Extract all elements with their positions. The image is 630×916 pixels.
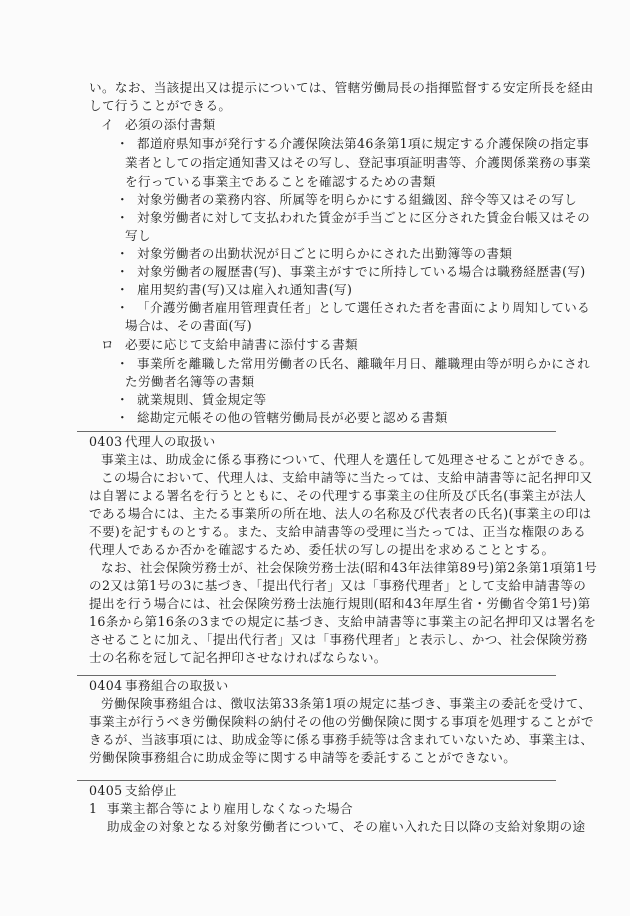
optional-doc-item-cont: た労働者名簿等の書類	[125, 373, 254, 391]
section-paragraph-line: 士の名称を冠して記名押印させなければならない。	[89, 649, 387, 667]
required-doc-item: 対象労働者に対して支払われた賃金が手当ごとに区分された賃金台帳又はその	[137, 209, 590, 227]
section-number: 0403	[89, 433, 122, 451]
bullet-icon: ・	[116, 355, 129, 373]
section-paragraph-line: 16条から第16条の3までの規定に基づき、支給申請書等に事業主の記名押印又は署名…	[89, 613, 596, 631]
section-paragraph-line: 労働保険事務組合は、徴収法第33条第1項の規定に基づき、事業主の委託を受けて、	[101, 695, 591, 713]
section-paragraph-line: 代理人であるか否かを確認するため、委任状の写しの提出を求めることとする。	[89, 541, 554, 559]
bullet-icon: ・	[116, 409, 129, 427]
bullet-icon: ・	[116, 263, 129, 281]
required-doc-item-cont: 場合は、その書面(写)	[125, 317, 252, 335]
intro-line: い。なお、当該提出又は提示については、管轄労働局長の指揮監督する安定所長を経由	[89, 79, 594, 97]
section-divider	[77, 675, 556, 676]
section-paragraph-line: 助成金の対象となる対象労働者について、その雇い入れた日以降の支給対象期の途	[107, 818, 585, 836]
section-divider	[77, 780, 556, 781]
required-doc-item: 対象労働者の業務内容、所属等を明らかにする組織図、辞令等又はその写し	[137, 191, 577, 209]
section-paragraph-line: は自署による署名を行うとともに、その代理する事業主の住所及び氏名(事業主が法人	[89, 487, 586, 505]
list-marker-i: イ	[101, 116, 114, 134]
required-doc-item-cont: を行っている事業主であることを確認するための書類	[125, 173, 436, 191]
bullet-icon: ・	[116, 135, 129, 153]
subsection-marker: 1	[89, 800, 97, 818]
section-paragraph-line: の2又は第1号の3に基づき、「提出代行者」又は「事務代理者」として支給申請書等の	[89, 577, 586, 595]
section-paragraph-line: この場合において、代理人は、支給申請等に当たっては、支給申請書等に記名押印又	[101, 469, 593, 487]
section-paragraph-line: である場合には、主たる事業所の所在地、法人の名称及び代表者の氏名)(事業主の印は	[89, 505, 591, 523]
section-number: 0404	[89, 677, 122, 695]
required-doc-item: 都道府県知事が発行する介護保険法第46条第1項に規定する介護保険の指定事	[137, 135, 589, 153]
intro-line: して行うことができる。	[89, 97, 231, 115]
section-paragraph-line: 事業主が行うべき労働保険料の納付その他の労働保険に関する事項を処理することがで	[89, 713, 594, 731]
section-paragraph-line: 労働保険事務組合に助成金等に関する申請等を委託することができない。	[89, 749, 516, 767]
section-paragraph-line: 不要)を記すものとする。また、支給申請書等の受理に当たっては、正当な権限のある	[89, 523, 586, 541]
required-doc-item: 「介護労働者雇用管理責任者」として選任された者を書面により周知している	[137, 299, 590, 317]
required-doc-item: 対象労働者の出勤状況が日ごとに明らかにされた出勤簿等の書類	[137, 245, 512, 263]
section-paragraph-line: 事業主は、助成金に係る事務について、代理人を選任して処理させることができる。	[101, 451, 592, 469]
bullet-icon: ・	[116, 209, 129, 227]
subsection-title: 事業主都合等により雇用しなくなった場合	[107, 800, 353, 818]
bullet-icon: ・	[116, 299, 129, 317]
required-doc-item-cont: 業者としての指定通知書又はその写し、登記事項証明書等、介護関係業務の事業	[125, 154, 591, 172]
section-number: 0405	[89, 782, 122, 800]
section-title: 代理人の取扱い	[125, 433, 216, 451]
optional-doc-item: 就業規則、賃金規定等	[137, 391, 266, 409]
section-paragraph-line: なお、社会保険労務士が、社会保険労務士法(昭和43年法律第89号)第2条第1項第…	[101, 559, 597, 577]
list-marker-ro: ロ	[101, 336, 114, 354]
optional-doc-item: 総勘定元帳その他の管轄労働局長が必要と認める書類	[137, 409, 448, 427]
section-title: 支給停止	[125, 782, 177, 800]
section-title: 事務組合の取扱い	[125, 677, 229, 695]
section-paragraph-line: 提出を行う場合には、社会保険労務士法施行規則(昭和43年厚生省・労働省令第1号)…	[89, 595, 591, 613]
required-doc-item: 対象労働者の履歴書(写)、事業主がすでに所持している場合は職務経歴書(写)	[137, 263, 586, 281]
bullet-icon: ・	[116, 281, 129, 299]
section-paragraph-line: させることに加え、「提出代行者」又は「事務代理者」と表示し、かつ、社会保険労務	[89, 631, 588, 649]
bullet-icon: ・	[116, 245, 129, 263]
optional-docs-heading: 必要に応じて支給申請書に添付する書類	[125, 336, 358, 354]
section-divider	[77, 431, 556, 432]
required-docs-heading: 必須の添付書類	[125, 116, 216, 134]
optional-doc-item: 事業所を離職した常用労働者の氏名、離職年月日、離職理由等が明らかにされ	[137, 355, 590, 373]
bullet-icon: ・	[116, 191, 129, 209]
section-paragraph-line: きるが、当該事項には、助成金等に係る事務手続等は含まれていないため、事業主は、	[89, 731, 593, 749]
required-doc-item: 雇用契約書(写)又は雇入れ通知書(写)	[137, 281, 352, 299]
bullet-icon: ・	[116, 391, 129, 409]
required-doc-item-cont: 写し	[125, 227, 151, 245]
